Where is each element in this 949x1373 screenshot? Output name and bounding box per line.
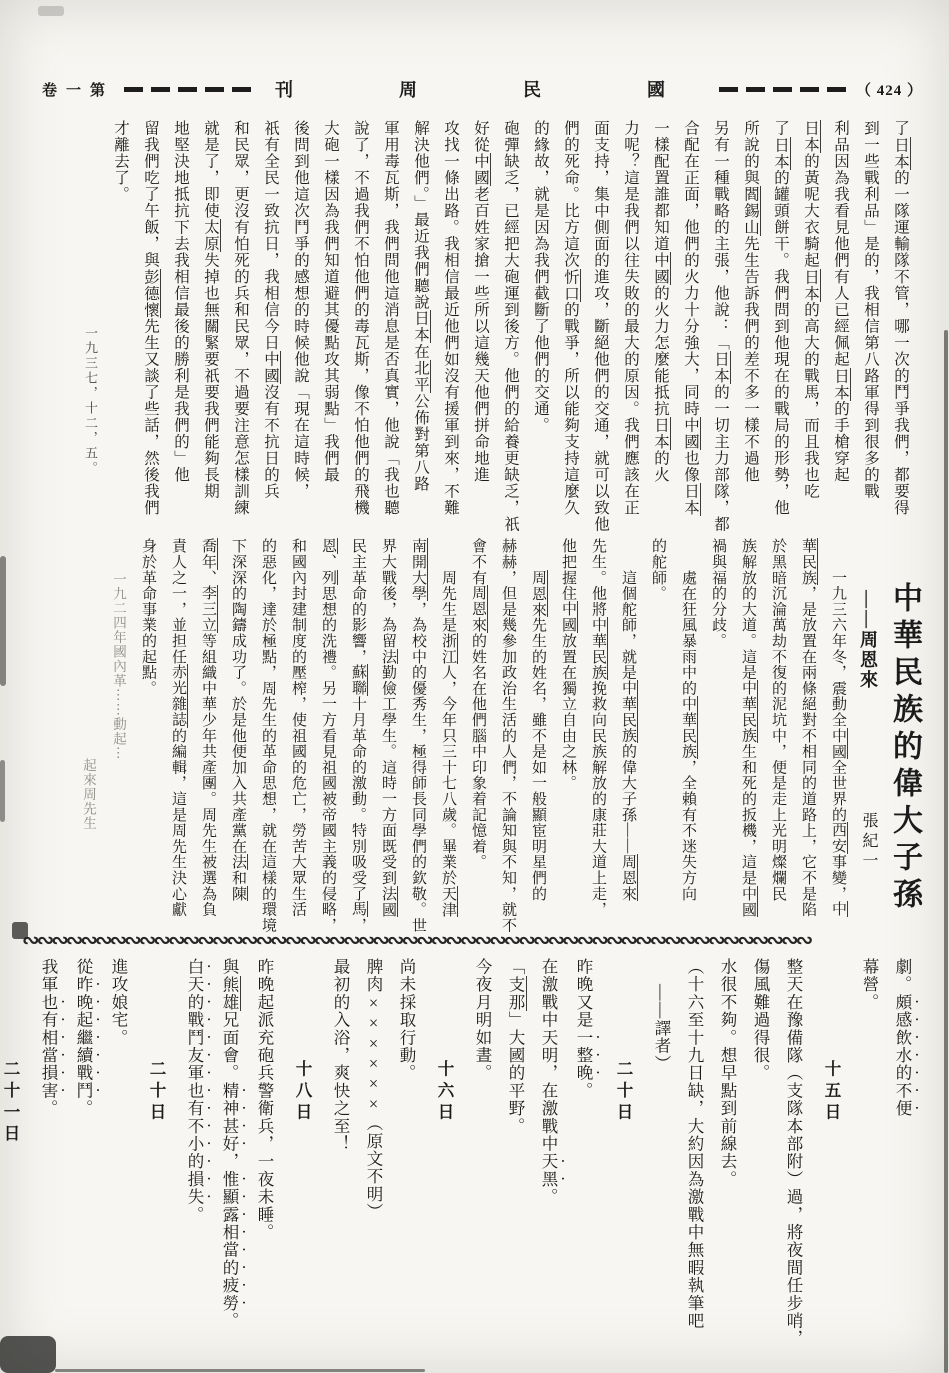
text-column: 合配在正面，他們的火力十分強大，同時中國也像日本: [675, 120, 705, 534]
text-column: 到一些戰利品」是的，我相信第八路軍得到很多的戰: [855, 120, 885, 534]
text-column: 周先生是浙江人，今年只三十七八歲。畢業於天津: [433, 538, 463, 938]
text-column: 傷風難過得很。: [744, 958, 777, 1365]
text-column: 力呢？這是我們以往失敗的最大的原因。我們應該在正: [615, 120, 645, 534]
scan-artifact: [944, 330, 948, 1373]
volume-label: 卷一第: [42, 79, 114, 100]
text-column: 於黑暗沉淪萬劫不復的泥坑中，便是走上光明燦爛民: [763, 538, 793, 938]
text-column: 「支那」大國的平野。: [499, 958, 532, 1365]
text-column: 和民眾，更沒有怕死的兵和民眾，不過要注意怎樣訓練: [225, 120, 255, 534]
text-column: 的緣故，就是因為我們截斷了他們的交通。: [525, 120, 555, 534]
text-column: 昨晚又是一整晚。: [567, 958, 602, 1365]
page-number: （ 424 ）: [856, 79, 923, 100]
text-column: 水很不夠。想早點到前線去。: [711, 958, 744, 1365]
text-column: 下深深的陶鑄成功了。於是他便加入共產黨在法和陳: [223, 538, 253, 938]
text-column: 大砲一樣因為我們知道避其優點攻其弱點」我們最: [315, 120, 345, 534]
text-column: 一九二四年國內革⋯⋯動起⋯: [103, 538, 133, 938]
text-column: 赫赫，但是幾參加政治生活的人們，不論知與不知，就不: [493, 538, 523, 938]
text-column: 說了，不過我們不怕他們的毒瓦斯，像不怕他們的飛機: [345, 120, 375, 534]
text-column: 責人之一，並担任赤光雜誌的編輯，這是周先生決心獻: [163, 538, 193, 938]
scan-artifact: [0, 760, 5, 822]
text-column: 族解放的大道。這是中華民族生和死的扳機，這是中國: [733, 538, 763, 938]
text-column: 界大戰後，為留法勤儉工學生。這時一方面既受到法國: [373, 538, 403, 938]
text-column: 軍用毒瓦斯，我們問他這消息是否真實，他說「我也聽: [375, 120, 405, 534]
text-column: 另有一種戰略的主張，他說：「日本的一切主力部隊，都: [705, 120, 735, 534]
feature-article-author: 張紀一: [853, 812, 883, 872]
text-column: 今夜月明如晝。: [466, 958, 499, 1365]
text-column: 砲彈缺乏，已經把大砲運到後方。他們的給養更缺乏，祇: [495, 120, 525, 534]
diary-date-heading: 二十日: [607, 958, 640, 1365]
scan-artifact: [0, 556, 6, 686]
text-column: 從昨晚起繼續戰鬥。: [67, 958, 102, 1365]
text-column: 了日本的罐頭餅干。我們問到他現在的戰局的形勢，他: [765, 120, 795, 534]
scan-artifact: [55, 1369, 425, 1372]
text-column: 才離去了。: [105, 120, 135, 534]
text-column: 與熊雄兄面會。精神甚好，惟顯露相當的疲勞。: [213, 958, 248, 1365]
diary-date-heading: 二十一日: [0, 958, 27, 1365]
text-column: 一樣配置誰都知道中國的火力怎麼能抵抗日本的火: [645, 120, 675, 534]
dash-rule-left: [124, 87, 251, 92]
text-column: 處在狂風暴雨中的中華民族，全賴有不迷失方向: [673, 538, 703, 938]
text-column: 喬年、李三立等組織中華少年共產團。周先生被選為負: [193, 538, 223, 938]
text-column: 了日本的一隊運輸隊不管，哪一次的鬥爭我們，都要得: [885, 120, 915, 534]
text-column: 就是了，即使太原失掉也無關緊要祇要我們能夠長期: [195, 120, 225, 534]
text-column: 一九三六年冬，震動全中國全世界的西安事變，中: [823, 538, 853, 938]
diary-date-heading: 二十日: [140, 958, 173, 1365]
text-column: 的惡化，達於極點，周先生的革命思想，就在這樣的環境: [253, 538, 283, 938]
diary-date-heading: 十六日: [428, 958, 461, 1365]
dash-rule-right: [719, 87, 846, 92]
text-column: 所說的與閻錫山先生告訴我們的差不多一樣不過他: [735, 120, 765, 534]
text-column: 的舵師。: [643, 538, 673, 938]
text-column: 幕營。: [853, 958, 886, 1365]
scan-artifact: [38, 6, 64, 16]
text-column: 最初的入浴，爽快之至！: [324, 958, 357, 1365]
text-column: 後問到他這次鬥爭的感想的時候他說「現在這時候，: [285, 120, 315, 534]
text-column: 攻找一條出路。我相信最近他們如沒有援軍到來，不難: [435, 120, 465, 534]
text-column: 留我們吃了午飯，與彭德懷先生又談了些話，然後我們: [135, 120, 165, 534]
text-column: 會不有周恩來的姓名在他們腦中印象着記憶着。: [463, 538, 493, 938]
scan-artifact: [12, 922, 28, 939]
text-column: 禍與福的分歧。: [703, 538, 733, 938]
war-diary-section: 劇。頗感飲水的不便幕營。十五日整天在豫備隊（支隊本部附）過，將夜間任步哨，傷風難…: [19, 958, 921, 1365]
text-column: 好從中國老百姓家搶一些所以這幾天他們拼命地進: [465, 120, 495, 534]
text-column: 南開大學，為校中的優秀生，極得師長同學們的欽敬。世: [403, 538, 433, 938]
feature-article-byline: ——周恩來 張紀一: [853, 538, 883, 938]
masthead-title: 刊 周 民 國: [261, 76, 709, 102]
text-column: 他把握住中國放置在獨立自由之林。: [553, 538, 583, 938]
page-header: 卷一第 刊 周 民 國 （ 424 ）: [42, 72, 923, 106]
text-column: 整天在豫備隊（支隊本部附）過，將夜間任步哨，: [777, 958, 810, 1365]
text-column: 民主革命的影響，蘇聯十月革命的激動。特別吸受了馬，: [343, 538, 373, 938]
text-column: 日本的黃呢大衣騎起日本的高大的戰馬，而且我也吃: [795, 120, 825, 534]
text-column: 起來周先生: [73, 538, 103, 938]
text-column: 劇。頗感飲水的不便: [886, 958, 921, 1365]
text-column: 脾肉××××××（原文不明）: [357, 958, 390, 1365]
text-column: 白天的戰鬥友軍也有不小的損失。: [178, 958, 213, 1365]
text-column: ——譯者）: [645, 958, 678, 1365]
newspaper-page: 卷一第 刊 周 民 國 （ 424 ） 了日本的一隊運輸隊不管，哪一次的鬥爭我們…: [0, 0, 949, 1373]
text-column: （十六至十九日缺，大約因為激戰中無暇執筆吧: [678, 958, 711, 1365]
text-column: 周恩來先生的姓名，雖不是如一般顯宦明星們的: [523, 538, 553, 938]
text-column: 身於革命事業的起點。: [133, 538, 163, 938]
diary-date-heading: 一九三七，十二，五。: [75, 120, 105, 534]
text-column: 利品因為我看見他們有人已經佩起日本的手槍穿起: [825, 120, 855, 534]
text-column: 這個舵師，就是中華民族的偉大子孫——周恩來: [613, 538, 643, 938]
text-column: 地堅決地抵抗下去我相信最後的勝利是我們的」他: [165, 120, 195, 534]
text-column: 和國內封建制度的壓榨，使祖國的危亡，勞苦大眾生活: [283, 538, 313, 938]
text-column: 先生。他將中華民族挽救向民族解放的康莊大道上走，: [583, 538, 613, 938]
feature-article: 中華民族的偉大子孫 ——周恩來 張紀一 一九三六年冬，震動全中國全世界的西安事變…: [24, 538, 919, 938]
text-column: 祇有全民一致抗日，我相信今日中國沒有不抗日的兵: [255, 120, 285, 534]
scan-artifact: [0, 1336, 56, 1373]
diary-date-heading: 十八日: [286, 958, 319, 1365]
text-column: 尚未採取行動。: [390, 958, 423, 1365]
text-column: 在激戰中天明，在激戰中天黑。: [532, 958, 567, 1365]
text-column: 昨晚起派充砲兵警衛兵，一夜未睡。: [248, 958, 281, 1365]
text-column: 華民族，是放置在兩條絕對不相同的道路上，它不是陷: [793, 538, 823, 938]
chain-divider: ∾∾∾∾∾∾∾∾∾∾∾∾∾∾∾∾∾∾∾∾∾∾∾∾∾∾∾∾∾∾∾∾∾∾∾∾∾∾∾∾…: [22, 928, 927, 952]
text-column: 進攻娘宅。: [102, 958, 135, 1365]
text-column: 解決他們。」最近我們聽說日本在北平公佈對第八路: [405, 120, 435, 534]
feature-article-subtitle: ——周恩來: [853, 590, 883, 690]
text-column: 面支持，集中側面的進攻，斷絕他們的交通，就可以致他: [585, 120, 615, 534]
diary-date-heading: 十五日: [815, 958, 848, 1365]
text-column: 我軍也有相當損害。: [32, 958, 67, 1365]
text-column: 們的死命。比方這次忻口的戰爭，所以能夠支持這麼久: [555, 120, 585, 534]
interview-article-body: 了日本的一隊運輸隊不管，哪一次的鬥爭我們，都要得到一些戰利品」是的，我相信第八路…: [33, 120, 915, 534]
feature-article-title: 中華民族的偉大子孫: [889, 538, 919, 938]
text-column: 恩、列思想的洗禮。另一方看見祖國被帝國主義的侵略，: [313, 538, 343, 938]
